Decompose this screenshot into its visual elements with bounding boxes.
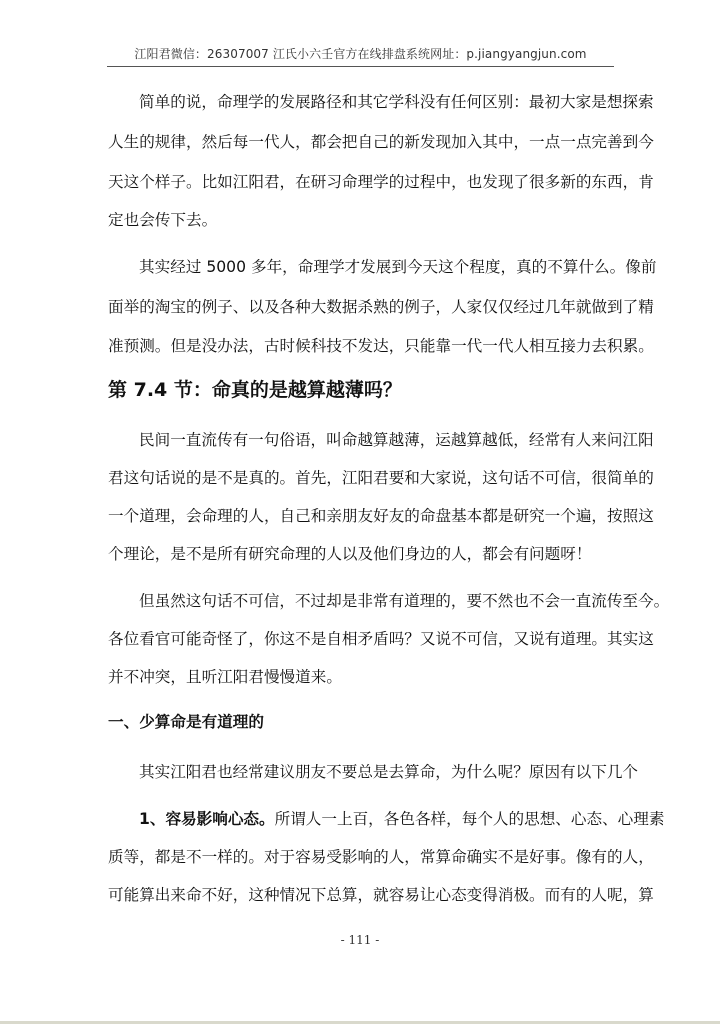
paragraph-4-line-1: 但虽然这句话不可信，不过却是非常有道理的，要不然也不会一直流传至今。 <box>139 591 669 611</box>
paragraph-6-line-3: 可能算出来命不好，这种情况下总算，就容易让心态变得消极。而有的人呢，算 <box>108 885 654 905</box>
paragraph-3-line-1: 民间一直流传有一句俗语，叫命越算越薄，运越算越低，经常有人来问江阳 <box>139 430 654 450</box>
paragraph-6-line-2: 质等，都是不一样的。对于容易受影响的人，常算命确实不是好事。像有的人， <box>108 847 654 867</box>
page-header: 江阳君微信：26307007 江氏小六壬官方在线排盘系统网址：p.jiangya… <box>107 46 614 62</box>
paragraph-6-line-1: 1、容易影响心态。所谓人一上百，各色各样，每个人的思想、心态、心理素 <box>139 809 664 829</box>
paragraph-3-line-2: 君这句话说的是不是真的。首先，江阳君要和大家说，这句话不可信，很简单的 <box>108 468 654 488</box>
paragraph-1-line-4: 定也会传下去。 <box>108 210 217 230</box>
paragraph-1-line-2: 人生的规律，然后每一代人，都会把自己的新发现加入其中，一点一点完善到今 <box>108 132 654 152</box>
paragraph-4-line-3: 并不冲突，且听江阳君慢慢道来。 <box>108 667 342 687</box>
paragraph-3-line-4: 个理论，是不是所有研究命理的人以及他们身边的人，都会有问题呀！ <box>108 544 591 564</box>
paragraph-2-line-3: 准预测。但是没办法，古时候科技不发达，只能靠一代一代人相互接力去积累。 <box>108 336 654 356</box>
paragraph-4-line-2: 各位看官可能奇怪了，你这不是自相矛盾吗？又说不可信，又说有道理。其实这 <box>108 629 654 649</box>
paragraph-1-line-3: 天这个样子。比如江阳君，在研习命理学的过程中，也发现了很多新的东西，肯 <box>108 172 654 192</box>
document-page: 江阳君微信：26307007 江氏小六壬官方在线排盘系统网址：p.jiangya… <box>0 0 720 1021</box>
subsection-title: 一、少算命是有道理的 <box>108 712 264 732</box>
paragraph-2-line-1: 其实经过 5000 多年，命理学才发展到今天这个程度，真的不算什么。像前 <box>139 257 656 277</box>
section-title: 第 7.4 节：命真的是越算越薄吗？ <box>108 378 402 402</box>
paragraph-2-line-2: 面举的淘宝的例子、以及各种大数据杀熟的例子，人家仅仅经过几年就做到了精 <box>108 297 654 317</box>
point-1-text: 所谓人一上百，各色各样，每个人的思想、心态、心理素 <box>275 810 665 828</box>
header-divider <box>107 66 614 67</box>
paragraph-3-line-3: 一个道理，会命理的人，自己和亲朋友好友的命盘基本都是研究一个遍，按照这 <box>108 506 654 526</box>
page-number: - 111 - <box>0 933 720 947</box>
point-1-lead: 1、容易影响心态。 <box>139 810 275 828</box>
paragraph-5-line-1: 其实江阳君也经常建议朋友不要总是去算命，为什么呢？原因有以下几个 <box>139 762 638 782</box>
paragraph-1-line-1: 简单的说，命理学的发展路径和其它学科没有任何区别：最初大家是想探索 <box>139 92 654 112</box>
